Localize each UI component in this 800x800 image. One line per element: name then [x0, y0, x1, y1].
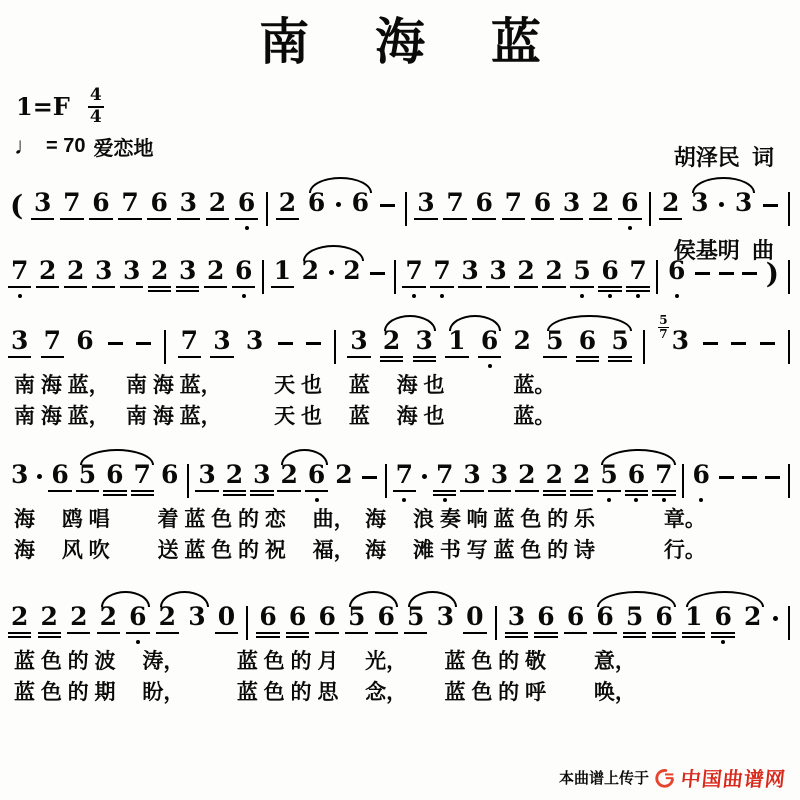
dash-prolong	[370, 272, 385, 275]
note: 1	[684, 604, 703, 646]
slur	[80, 449, 154, 465]
note: 2	[158, 604, 177, 646]
note: 2	[40, 604, 59, 646]
note: 2	[150, 258, 169, 300]
parenthesis: )	[766, 260, 779, 300]
barline	[405, 192, 407, 226]
low-octave-dot	[440, 294, 444, 298]
note: 2	[591, 190, 610, 232]
note: 6	[713, 604, 732, 646]
uploaded-by-text: 本曲谱上传于	[559, 767, 649, 788]
note: 6	[667, 258, 686, 300]
note: 6	[533, 190, 552, 232]
low-octave-dot	[18, 294, 22, 298]
note: 2	[225, 462, 244, 504]
low-octave-dot	[628, 226, 632, 230]
dash-prolong	[765, 476, 780, 479]
low-octave-dot	[488, 364, 492, 368]
barline	[187, 464, 189, 498]
tempo-value: = 70	[46, 135, 85, 158]
barline	[788, 464, 790, 498]
slur	[686, 591, 764, 607]
note: 2	[661, 190, 680, 232]
barline	[495, 606, 497, 640]
song-title: 南 海 蓝	[0, 2, 800, 74]
note: 6	[237, 190, 256, 232]
note: 6	[258, 604, 277, 646]
site-logo-icon	[655, 768, 675, 788]
low-octave-dot	[580, 294, 584, 298]
rest-note: 0	[465, 604, 484, 646]
note: 6	[377, 604, 396, 646]
note: 2	[278, 190, 297, 232]
note: 3	[462, 462, 481, 504]
note: 3	[212, 328, 231, 370]
note: 7	[628, 258, 647, 300]
note: 2	[208, 190, 227, 232]
slur	[449, 315, 501, 331]
meta-row: 1=F 4 4 ♩ = 70 爱恋地 胡泽民 词 侯基明 曲	[0, 84, 800, 172]
slur	[692, 177, 755, 193]
music-line-5: 2222623066656530366656162	[0, 586, 800, 646]
note: 3	[734, 190, 753, 232]
note: 5	[625, 604, 644, 646]
dash-prolong	[703, 342, 718, 345]
low-octave-dot	[315, 498, 319, 502]
note: 5	[572, 258, 591, 300]
note: 7	[62, 190, 81, 232]
barline	[788, 606, 790, 640]
note: 2	[301, 258, 320, 300]
low-octave-dot	[636, 294, 640, 298]
lyricist: 胡泽民 词	[674, 142, 774, 173]
lyrics-row-1: 南 海 蓝， 南 海 蓝， 天 也 蓝 海 也 蓝。	[0, 370, 800, 401]
note: 6	[317, 604, 336, 646]
note: 3	[10, 462, 29, 504]
note: 6	[600, 258, 619, 300]
note: 3	[197, 462, 216, 504]
dash-prolong	[760, 342, 775, 345]
note: 3	[416, 190, 435, 232]
note: 3	[252, 462, 271, 504]
parenthesis: (	[10, 192, 23, 232]
dash-prolong	[731, 342, 746, 345]
music-line-1: (3767632626637676326233	[0, 172, 800, 232]
augmentation-dot	[773, 616, 778, 621]
note: 3	[460, 258, 479, 300]
slur	[309, 177, 372, 193]
lyrics-row-2: 南 海 蓝， 南 海 蓝， 天 也 蓝 海 也 蓝。	[0, 401, 800, 432]
note: 5	[545, 328, 564, 370]
note: 3	[178, 258, 197, 300]
slur	[160, 591, 209, 607]
note: 2	[544, 258, 563, 300]
slur	[408, 591, 457, 607]
expression-text: 爱恋地	[93, 132, 153, 161]
low-octave-dot	[607, 498, 611, 502]
note: 5	[599, 462, 618, 504]
music-line-2: 7223323261227733225676)	[0, 240, 800, 300]
note: 5	[78, 462, 97, 504]
note: 3	[10, 328, 29, 370]
note: 2	[512, 328, 531, 370]
note: 5	[610, 328, 629, 370]
note: 6	[654, 604, 673, 646]
note: 6	[288, 604, 307, 646]
barline	[788, 260, 790, 294]
note: 3	[122, 258, 141, 300]
note: 7	[435, 462, 454, 504]
note: 7	[432, 258, 451, 300]
note: 2	[382, 328, 401, 370]
barline	[334, 330, 336, 364]
dash-prolong	[306, 342, 321, 345]
dash-prolong	[763, 204, 778, 207]
note: 3	[690, 190, 709, 232]
note: 2	[69, 604, 88, 646]
slur	[101, 591, 150, 607]
note: 6	[536, 604, 555, 646]
slur	[303, 245, 364, 261]
note: 7	[445, 190, 464, 232]
augmentation-dot	[336, 202, 341, 207]
dash-prolong	[362, 476, 377, 479]
low-octave-dot	[675, 294, 679, 298]
slur	[349, 591, 398, 607]
slur	[384, 315, 436, 331]
note: 6	[149, 190, 168, 232]
note: 6	[595, 604, 614, 646]
note: 2	[38, 258, 57, 300]
augmentation-dot	[37, 474, 42, 479]
quarter-note-icon: ♩	[14, 133, 38, 161]
slur	[601, 449, 675, 465]
note: 3	[245, 328, 264, 370]
low-octave-dot	[245, 226, 249, 230]
augmentation-dot	[329, 270, 334, 275]
dash-prolong	[742, 476, 757, 479]
low-octave-dot	[721, 640, 725, 644]
lyrics-row-6: 蓝 色 的 期 盼， 蓝 色 的 思 念， 蓝 色 的 呼 唤，	[0, 677, 800, 708]
low-octave-dot	[136, 640, 140, 644]
note: 5	[406, 604, 425, 646]
lyrics-row-4: 海 风 吹 送 蓝 色 的 祝 福， 海 滩 书 写 蓝 色 的 诗 行。	[0, 535, 800, 566]
note: 2	[99, 604, 118, 646]
note: 7	[404, 258, 423, 300]
low-octave-dot	[242, 294, 246, 298]
note: 6	[307, 190, 326, 232]
note: 3	[187, 604, 206, 646]
barline	[266, 192, 268, 226]
dash-prolong	[136, 342, 151, 345]
note: 6	[578, 328, 597, 370]
dash-prolong	[278, 342, 293, 345]
note: 6	[128, 604, 147, 646]
barline	[682, 464, 684, 498]
note: 7	[43, 328, 62, 370]
note: 6	[160, 462, 179, 504]
barline	[788, 330, 790, 364]
note: 7	[133, 462, 152, 504]
note: 7	[504, 190, 523, 232]
note: 6	[91, 190, 110, 232]
barline	[164, 330, 166, 364]
note: 2	[516, 258, 535, 300]
key-scale: 1=F	[16, 92, 70, 121]
dash-prolong	[108, 342, 123, 345]
note: 6	[105, 462, 124, 504]
dash-prolong	[719, 272, 734, 275]
note: 3	[94, 258, 113, 300]
grace-notes: 57	[658, 314, 668, 341]
low-octave-dot	[402, 498, 406, 502]
site-name: 中国曲谱网	[679, 763, 787, 792]
note: 6	[566, 604, 585, 646]
lyrics-row-5: 蓝 色 的 波 涛， 蓝 色 的 月 光， 蓝 色 的 敬 意，	[0, 646, 800, 677]
note: 573	[658, 326, 690, 370]
note: 7	[120, 190, 139, 232]
time-signature: 4 4	[88, 86, 104, 127]
slur	[597, 591, 675, 607]
dash-prolong	[380, 204, 395, 207]
note: 3	[562, 190, 581, 232]
low-octave-dot	[634, 498, 638, 502]
note: 2	[572, 462, 591, 504]
note: 6	[480, 328, 499, 370]
dash-prolong	[742, 272, 757, 275]
barline	[394, 260, 396, 294]
barline	[385, 464, 387, 498]
barline	[262, 260, 264, 294]
barline	[246, 606, 248, 640]
note: 3	[507, 604, 526, 646]
note: 7	[180, 328, 199, 370]
dash-prolong	[695, 272, 710, 275]
meter-numerator: 4	[88, 86, 104, 108]
footer: 本曲谱上传于 中国曲谱网	[559, 763, 786, 792]
note: 6	[307, 462, 326, 504]
note: 6	[620, 190, 639, 232]
note: 5	[347, 604, 366, 646]
note: 1	[273, 258, 292, 300]
augmentation-dot	[719, 202, 724, 207]
tempo-marking: ♩ = 70 爱恋地	[14, 132, 153, 161]
note: 2	[206, 258, 225, 300]
note: 3	[490, 462, 509, 504]
note: 7	[10, 258, 29, 300]
note: 2	[279, 462, 298, 504]
note: 6	[627, 462, 646, 504]
note: 3	[33, 190, 52, 232]
note: 2	[517, 462, 536, 504]
note: 6	[75, 328, 94, 370]
note: 2	[743, 604, 762, 646]
note: 2	[342, 258, 361, 300]
barline	[649, 192, 651, 226]
dash-prolong	[719, 476, 734, 479]
note: 2	[66, 258, 85, 300]
augmentation-dot	[422, 474, 427, 479]
note: 2	[334, 462, 353, 504]
note: 1	[447, 328, 466, 370]
low-octave-dot	[608, 294, 612, 298]
meter-denominator: 4	[90, 108, 102, 128]
note: 2	[10, 604, 29, 646]
note: 7	[654, 462, 673, 504]
note: 3	[415, 328, 434, 370]
note: 6	[50, 462, 69, 504]
note: 7	[395, 462, 414, 504]
rest-note: 0	[217, 604, 236, 646]
low-octave-dot	[699, 498, 703, 502]
lyrics-row-3: 海 鸥 唱 着 蓝 色 的 恋 曲， 海 浪 奏 响 蓝 色 的 乐 章。	[0, 504, 800, 535]
note: 6	[234, 258, 253, 300]
note: 3	[488, 258, 507, 300]
note: 2	[545, 462, 564, 504]
slur	[281, 449, 328, 465]
note: 3	[179, 190, 198, 232]
low-octave-dot	[412, 294, 416, 298]
note: 6	[351, 190, 370, 232]
note: 3	[349, 328, 368, 370]
music-line-4: 36567632326277332225676	[0, 444, 800, 504]
barline	[643, 330, 645, 364]
low-octave-dot	[662, 498, 666, 502]
low-octave-dot	[443, 498, 447, 502]
note: 6	[474, 190, 493, 232]
barline	[656, 260, 658, 294]
note: 3	[436, 604, 455, 646]
note: 6	[692, 462, 711, 504]
slur	[547, 315, 632, 331]
barline	[788, 192, 790, 226]
key-signature: 1=F 4 4	[16, 86, 104, 127]
music-line-3: 376733323162565573	[0, 310, 800, 370]
